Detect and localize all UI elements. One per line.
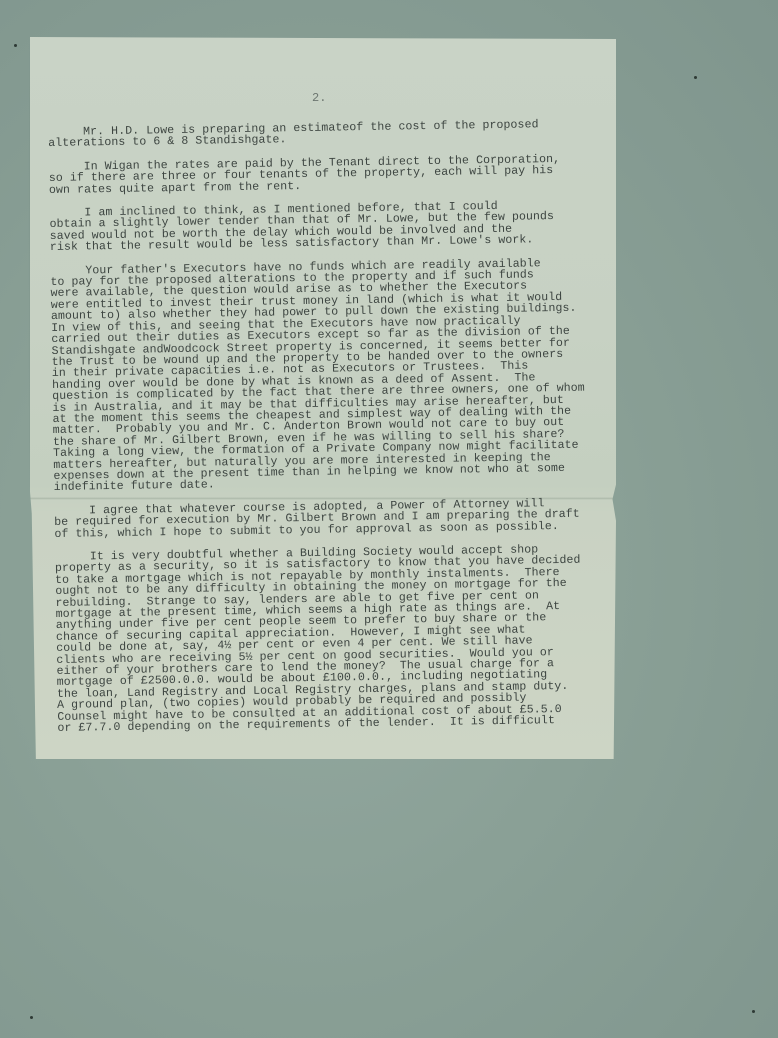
page-number: 2. [312, 91, 326, 105]
dust-speck [752, 1010, 755, 1013]
letter-body: Mr. H.D. Lowe is preparing an estimateof… [48, 118, 628, 746]
dust-speck [694, 76, 697, 79]
typed-letter-page: 2. Mr. H.D. Lowe is preparing an estimat… [30, 37, 616, 759]
letter-paragraph: Your father's Executors have no funds wh… [50, 257, 624, 494]
dust-speck [30, 1016, 33, 1019]
letter-paragraph: It is very doubtful whether a Building S… [55, 543, 628, 734]
letter-paragraph: In Wigan the rates are paid by the Tenan… [49, 153, 619, 196]
letter-paragraph: Mr. H.D. Lowe is preparing an estimateof… [48, 118, 618, 150]
letter-paragraph: I am inclined to think, as I mentioned b… [49, 199, 620, 254]
letter-paragraph: I agree that whatever course is adopted,… [54, 497, 624, 540]
dust-speck [14, 44, 17, 47]
